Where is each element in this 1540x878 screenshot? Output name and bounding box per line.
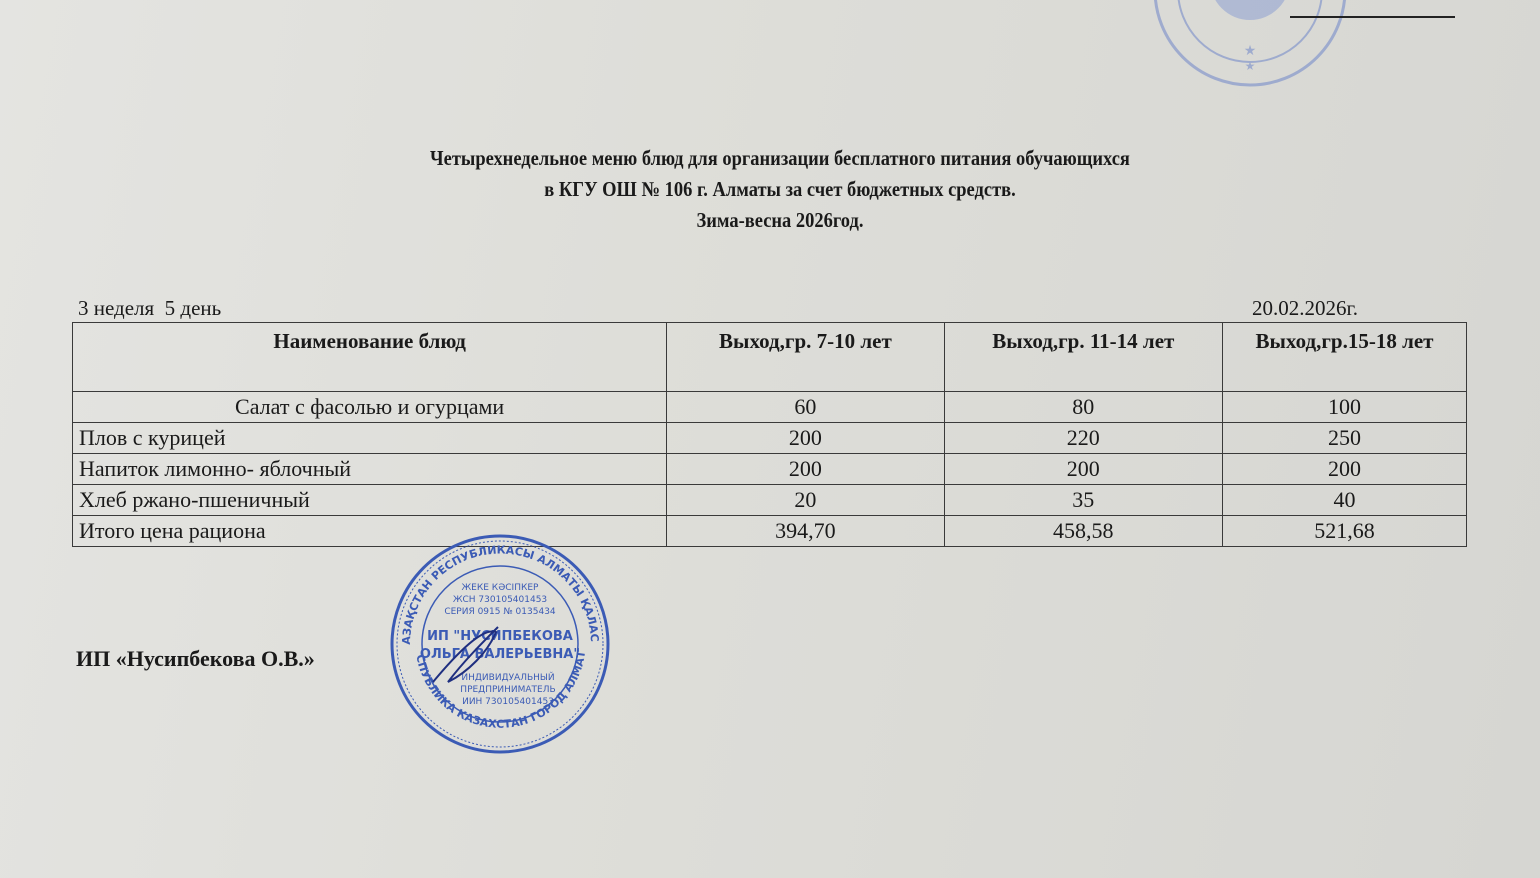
svg-text:★: ★ [1245, 59, 1256, 73]
total-row: Итого цена рациона 394,70 458,58 521,68 [73, 516, 1467, 547]
header-portion-11-14: Выход,гр. 11-14 лет [944, 323, 1222, 392]
total-price-15-18: 521,68 [1223, 516, 1467, 547]
portion-15-18: 40 [1223, 485, 1467, 516]
svg-text:ИНДИВИДУАЛЬНЫЙ: ИНДИВИДУАЛЬНЫЙ [461, 671, 554, 683]
svg-text:★: ★ [1244, 44, 1257, 59]
total-price-11-14: 458,58 [944, 516, 1222, 547]
portion-15-18: 250 [1223, 423, 1467, 454]
signer-name: ИП «Нусипбекова О.В.» [76, 646, 315, 672]
svg-text:ОЛЬГА ВАЛЕРЬЕВНА": ОЛЬГА ВАЛЕРЬЕВНА" [420, 647, 580, 662]
portion-15-18: 200 [1223, 454, 1467, 485]
header-dish-name: Наименование блюд [73, 323, 667, 392]
header-portion-7-10: Выход,гр. 7-10 лет [667, 323, 944, 392]
svg-text:ЖЕКЕ КӘСІПКЕР: ЖЕКЕ КӘСІПКЕР [461, 583, 539, 593]
portion-7-10: 200 [667, 423, 944, 454]
svg-text:ПРЕДПРИНИМАТЕЛЬ: ПРЕДПРИНИМАТЕЛЬ [460, 685, 555, 695]
svg-text:ИИН 730105401453: ИИН 730105401453 [462, 697, 554, 707]
table-row: Хлеб ржано-пшеничный 20 35 40 [73, 485, 1467, 516]
dish-name: Салат с фасолью и огурцами [73, 392, 667, 423]
document-title-line-3: Зима-весна 2026год. [94, 208, 1467, 233]
portion-11-14: 35 [944, 485, 1222, 516]
dish-name: Хлеб ржано-пшеничный [73, 485, 667, 516]
portion-11-14: 200 [944, 454, 1222, 485]
document-title-line-1: Четырехнедельное меню блюд для организац… [94, 146, 1467, 171]
portion-7-10: 200 [667, 454, 944, 485]
portion-11-14: 80 [944, 392, 1222, 423]
table-header-row: Наименование блюд Выход,гр. 7-10 лет Вых… [73, 323, 1467, 392]
table-row: Плов с курицей 200 220 250 [73, 423, 1467, 454]
portion-15-18: 100 [1223, 392, 1467, 423]
header-portion-15-18: Выход,гр.15-18 лет [1223, 323, 1467, 392]
week-day-label: 3 неделя 5 день [78, 296, 221, 321]
dish-name: Плов с курицей [73, 423, 667, 454]
dish-name: Напиток лимонно- яблочный [73, 454, 667, 485]
portion-7-10: 20 [667, 485, 944, 516]
total-price-7-10: 394,70 [667, 516, 944, 547]
svg-text:ИП "НУСИПБЕКОВА: ИП "НУСИПБЕКОВА [427, 629, 573, 644]
portion-7-10: 60 [667, 392, 944, 423]
menu-table: Наименование блюд Выход,гр. 7-10 лет Вых… [72, 322, 1467, 547]
svg-text:ЖСН 730105401453: ЖСН 730105401453 [453, 595, 547, 605]
portion-11-14: 220 [944, 423, 1222, 454]
document-title-line-2: в КГУ ОШ № 106 г. Алматы за счет бюджетн… [94, 177, 1467, 202]
company-stamp-icon: ҚАЗАҚСТАН РЕСПУБЛИКАСЫ АЛМАТЫ ҚАЛАСЫ РЕС… [388, 532, 613, 757]
school-seal-icon: ★ ★ [1150, 0, 1350, 100]
approval-signature-line [1290, 16, 1455, 18]
svg-text:СЕРИЯ 0915 № 0135434: СЕРИЯ 0915 № 0135434 [444, 607, 556, 617]
document-date: 20.02.2026г. [1252, 296, 1358, 321]
table-row: Салат с фасолью и огурцами 60 80 100 [73, 392, 1467, 423]
table-row: Напиток лимонно- яблочный 200 200 200 [73, 454, 1467, 485]
